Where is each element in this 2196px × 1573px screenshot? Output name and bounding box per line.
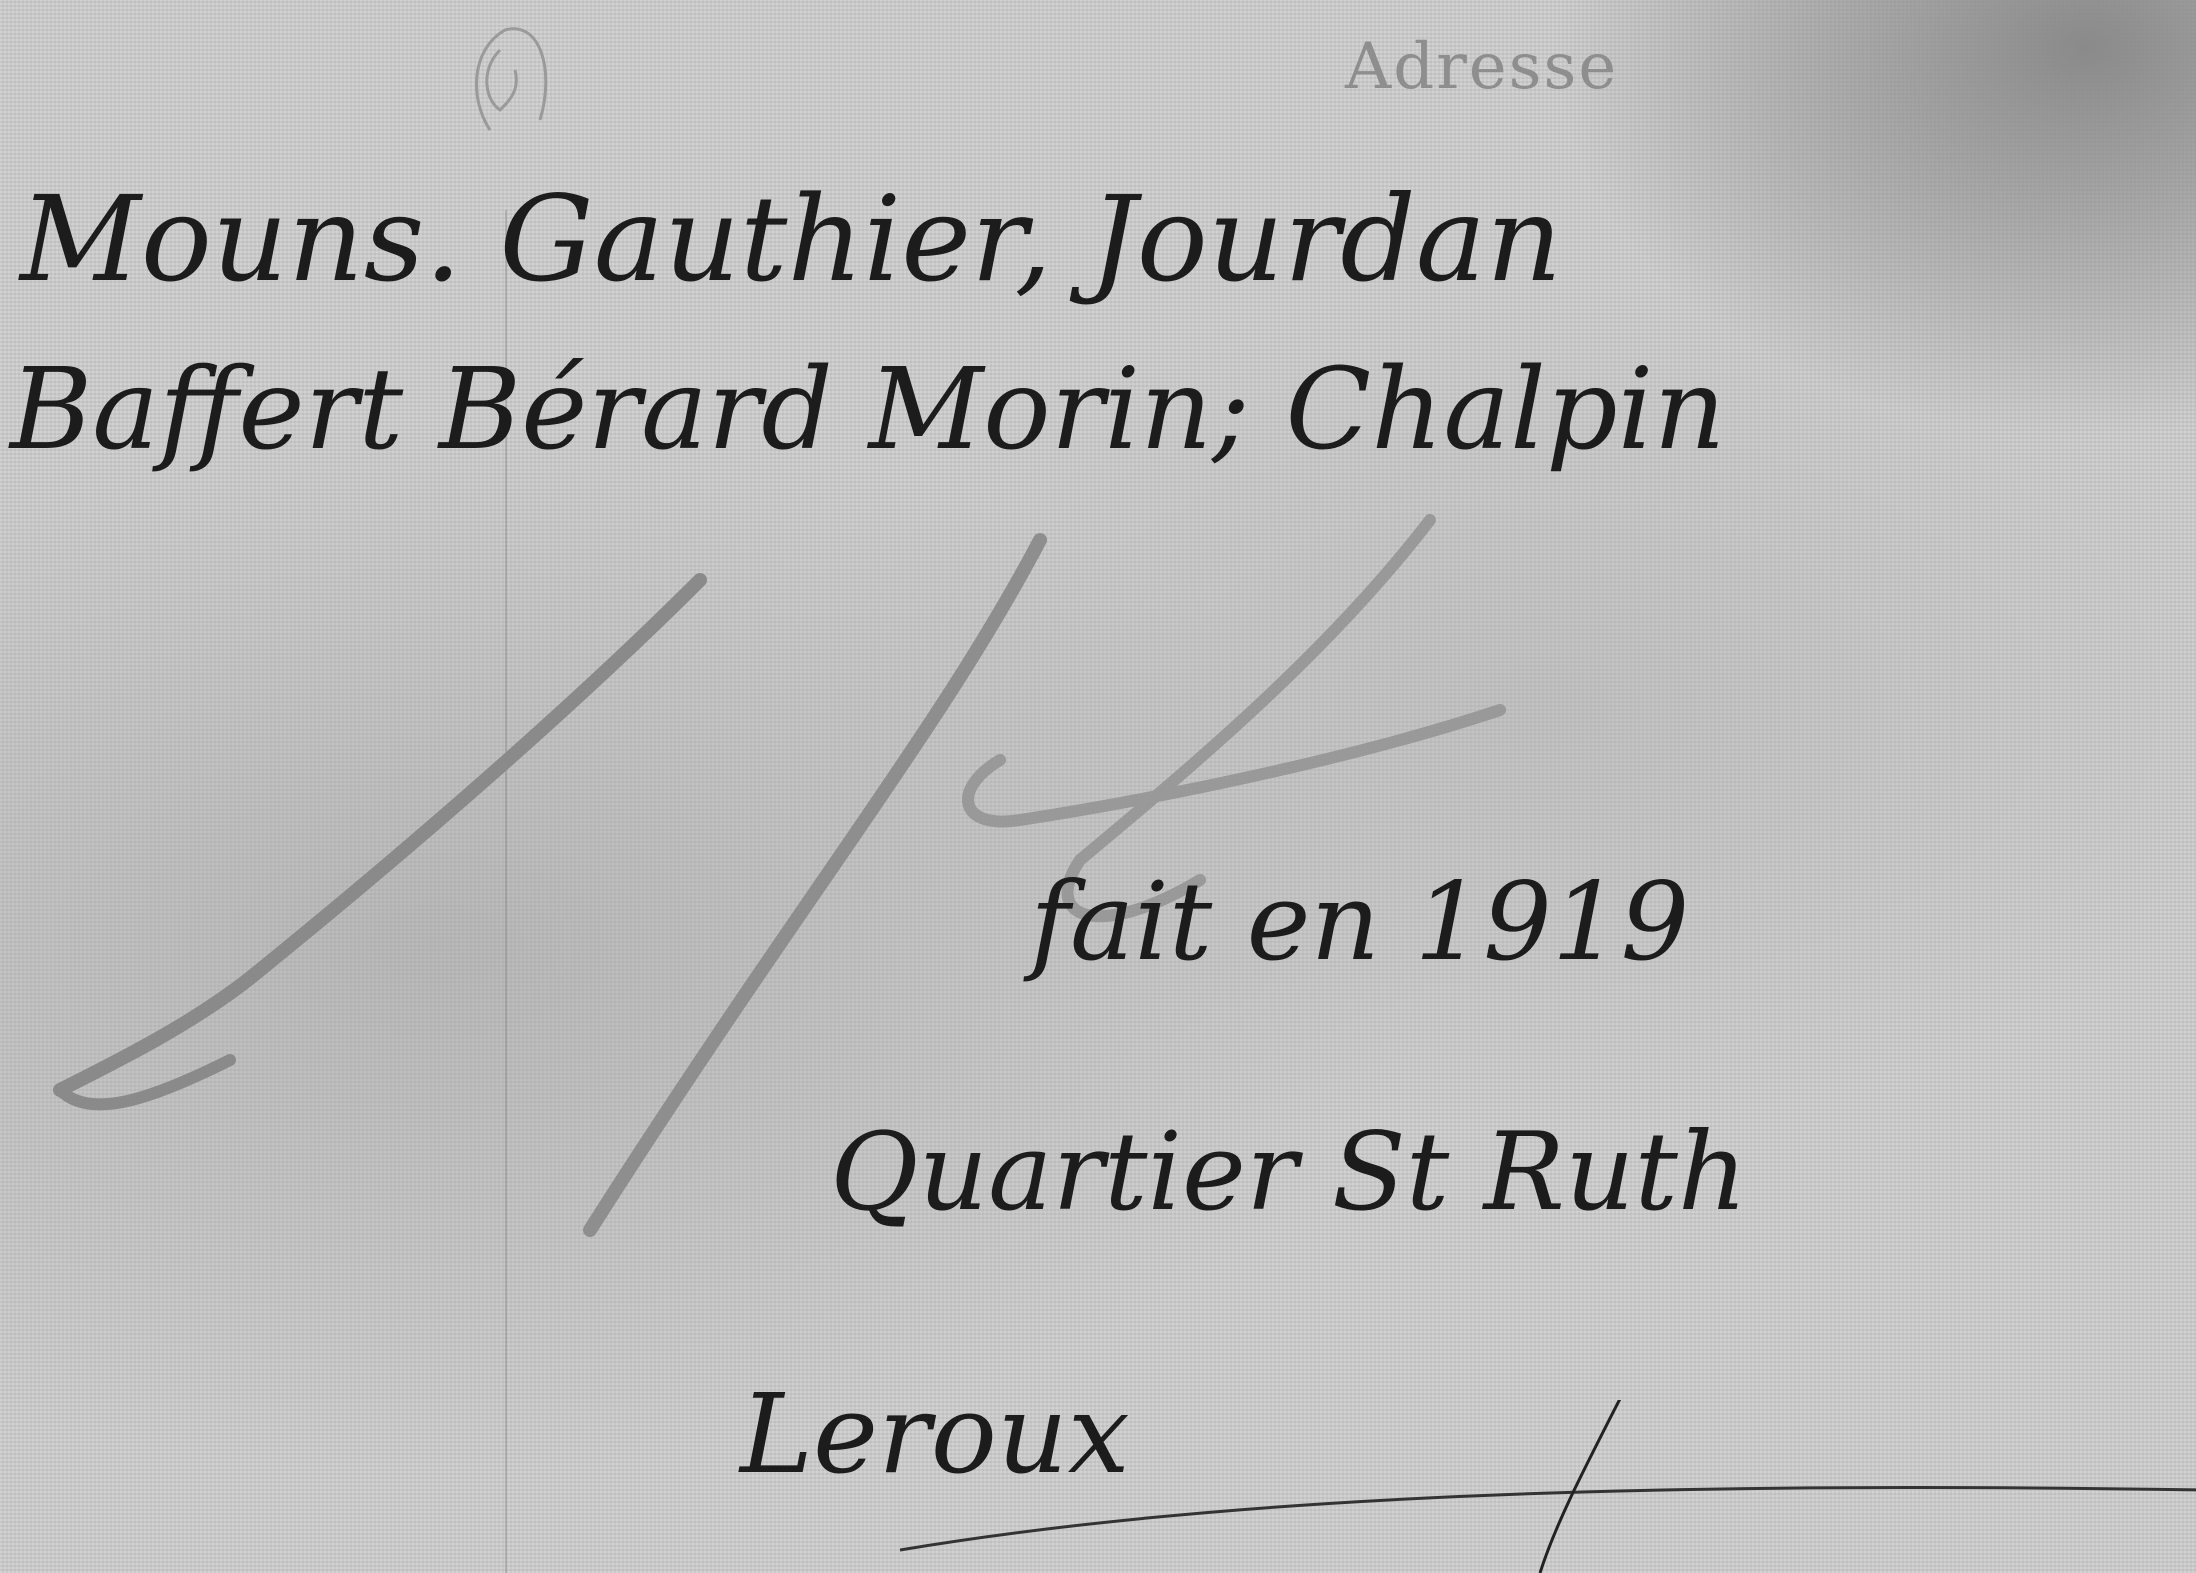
printed-address-label: Adresse	[1345, 30, 1618, 104]
addressee-names-line-1: Mouns. Gauthier, Jourdan	[20, 170, 1562, 308]
signature-flourish	[900, 1400, 2196, 1573]
postcard-back: Adresse Mouns. Gauthier, Jourdan Baffert…	[0, 0, 2196, 1573]
addressee-names-line-2: Baffert Bérard Morin; Chalpin	[10, 345, 1726, 475]
place-line: Quartier St Ruth	[830, 1110, 1747, 1235]
publisher-logo-icon	[430, 10, 580, 150]
date-line: fait en 1919	[1030, 860, 1689, 985]
